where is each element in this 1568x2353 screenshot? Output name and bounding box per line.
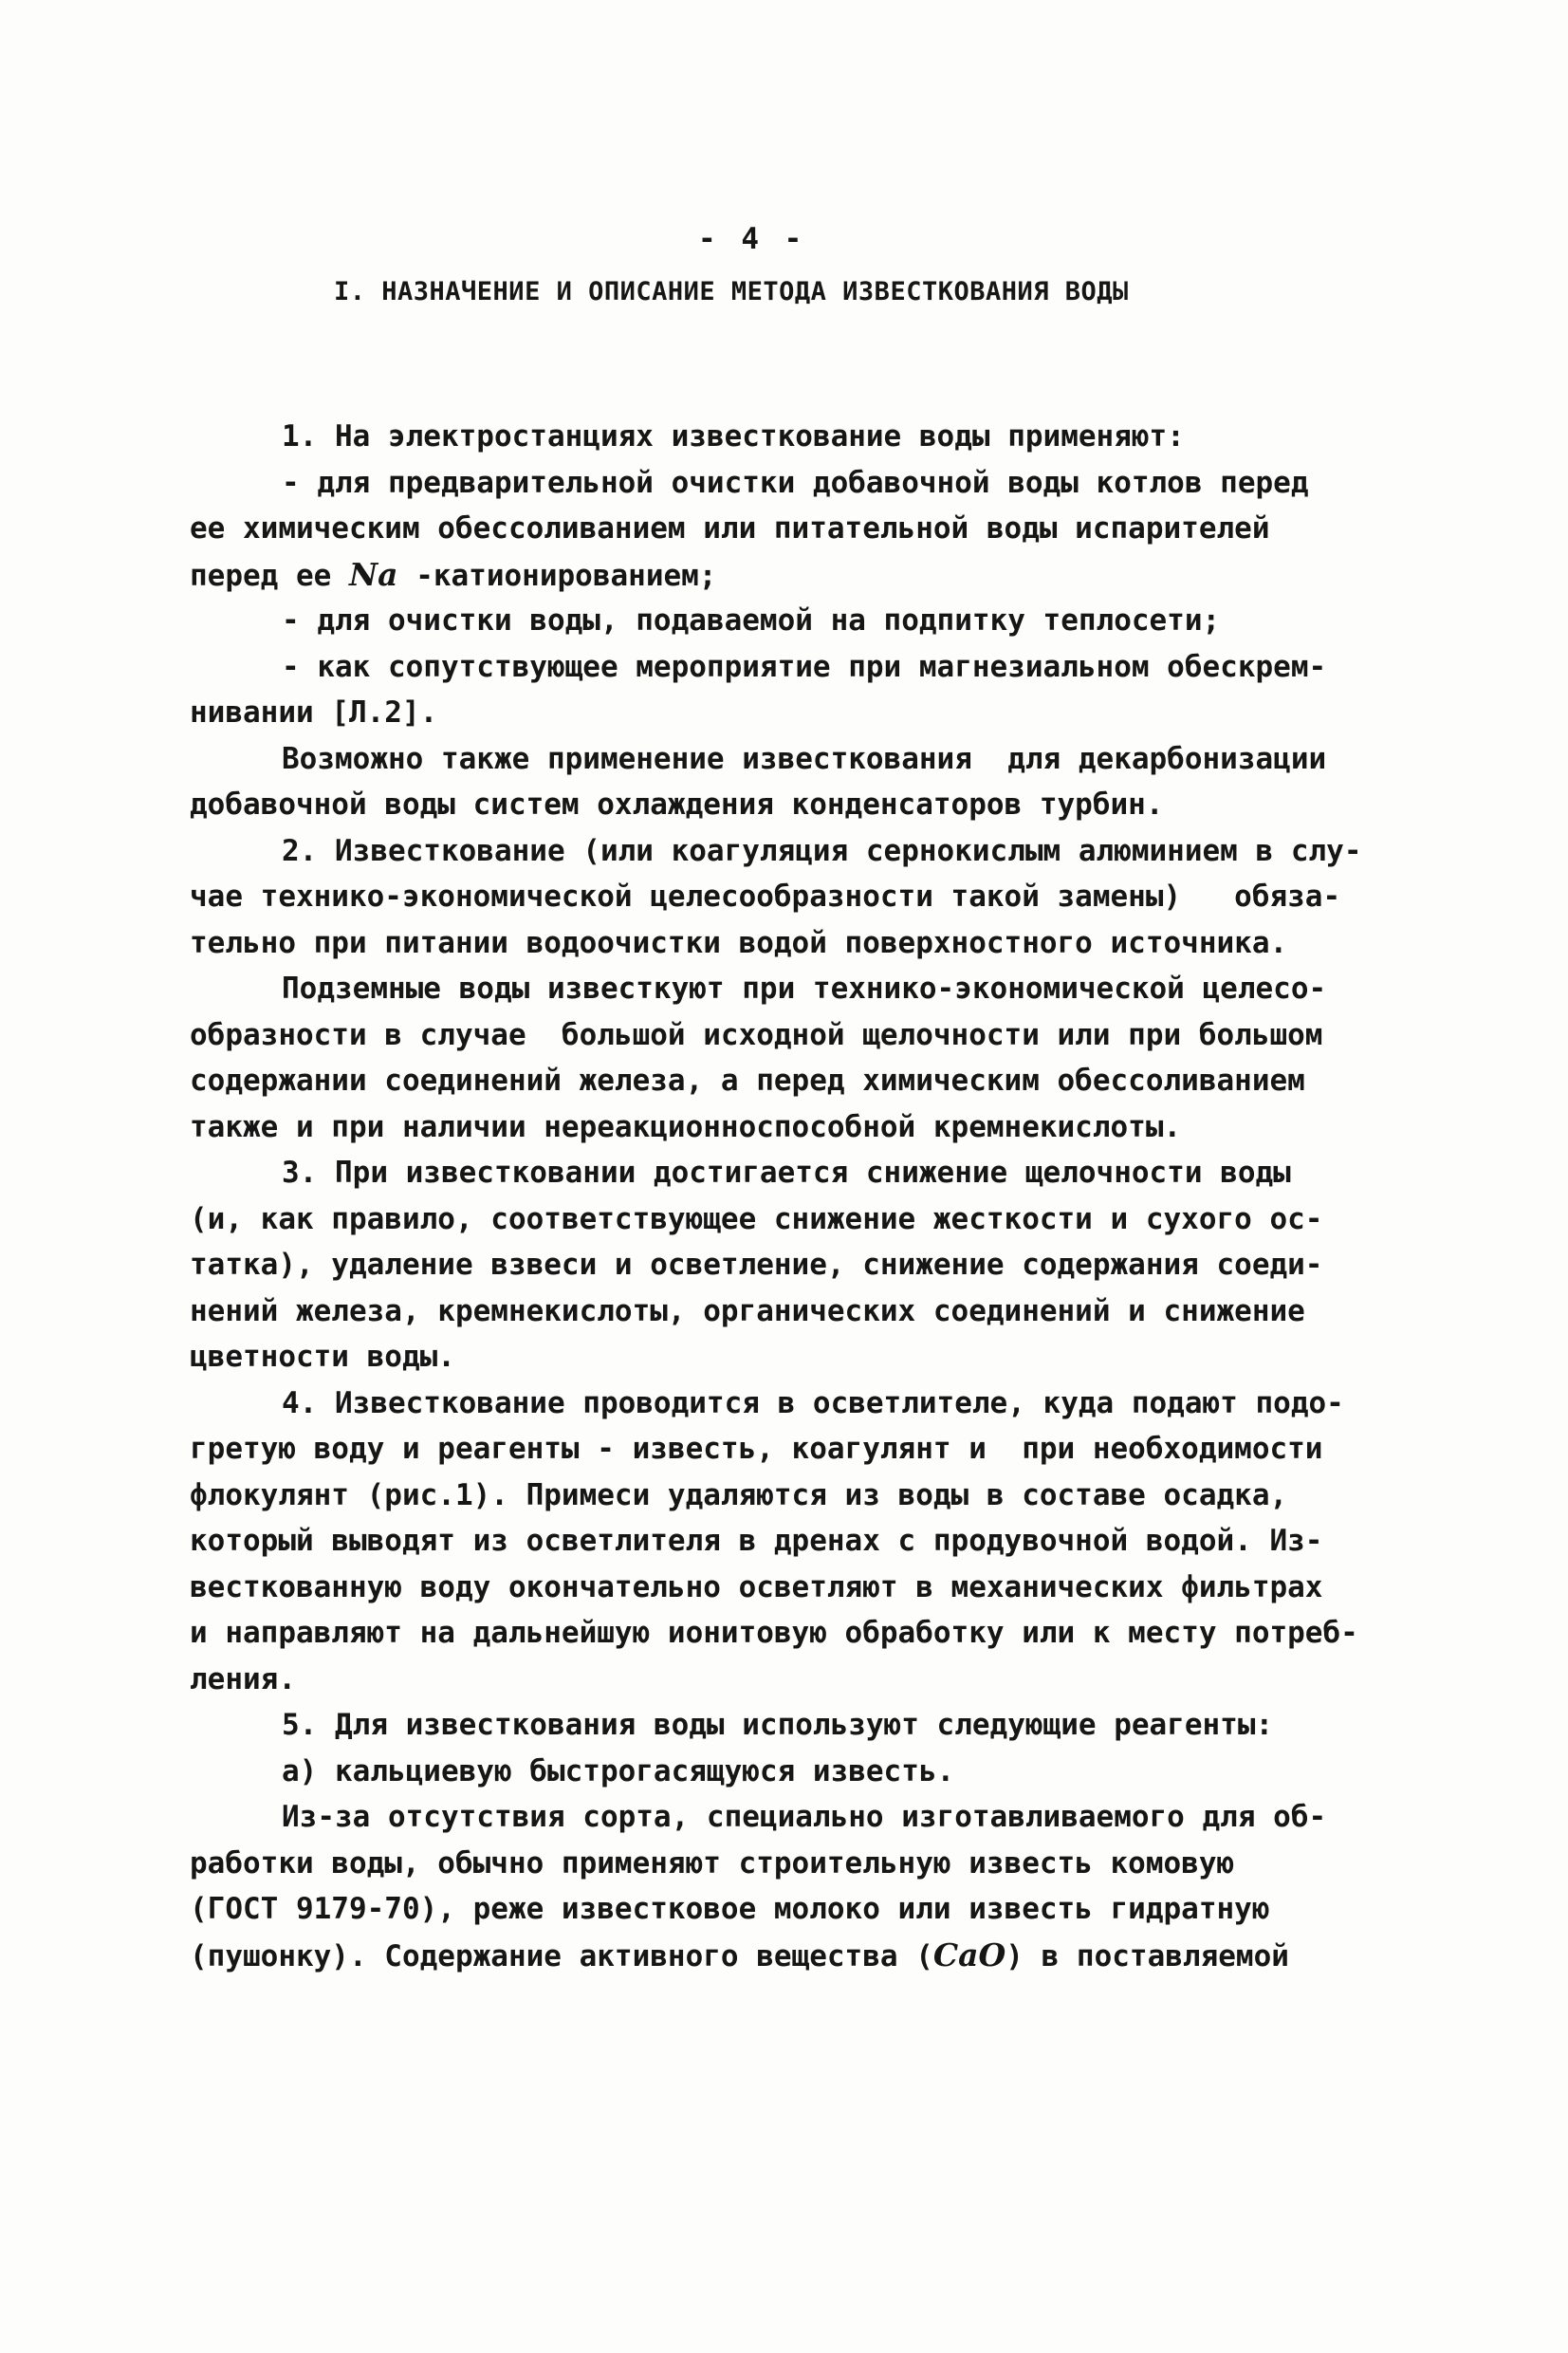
text-line: образности в случае большой исходной щел…	[190, 1012, 1423, 1059]
text-line: тельно при питании водоочистки водой пов…	[190, 920, 1423, 967]
text-line: 1. На электростанциях известкование воды…	[190, 414, 1423, 460]
document-body: 1. На электростанциях известкование воды…	[190, 414, 1423, 1978]
text-line: содержании соединений железа, а перед хи…	[190, 1058, 1423, 1104]
text-line: ления.	[190, 1657, 1423, 1703]
text-line: (пушонку). Содержание активного вещества…	[190, 1933, 1423, 1979]
text-line: работки воды, обычно применяют строитель…	[190, 1841, 1423, 1887]
text-line: чае технико-экономической целесообразнос…	[190, 874, 1423, 920]
text-line: Подземные воды известкуют при технико-эк…	[190, 966, 1423, 1012]
text-line: весткованную воду окончательно осветляют…	[190, 1565, 1423, 1611]
text-line: а) кальциевую быстрогасящуюся известь.	[190, 1749, 1423, 1795]
text-line: 5. Для известкования воды используют сле…	[190, 1702, 1423, 1749]
text-line: ее химическим обессоливанием или питател…	[190, 506, 1423, 552]
scanned-document-page: - 4 - I. НАЗНАЧЕНИЕ И ОПИСАНИЕ МЕТОДА ИЗ…	[0, 0, 1568, 2353]
text-line: (и, как правило, соответствующее снижени…	[190, 1196, 1423, 1243]
text-line: и направляют на дальнейшую ионитовую обр…	[190, 1610, 1423, 1657]
text-line: перед ее Na -катионированием;	[190, 552, 1423, 599]
text-line: нений железа, кремнекислоты, органически…	[190, 1288, 1423, 1335]
latin-italic-term: Na	[349, 556, 398, 593]
text-line: - как сопутствующее мероприятие при магн…	[190, 644, 1423, 691]
text-line: нивании [Л.2].	[190, 690, 1423, 736]
text-line: флокулянт (рис.1). Примеси удаляются из …	[190, 1473, 1423, 1519]
text-line: добавочной воды систем охлаждения конден…	[190, 782, 1423, 828]
page-number: - 4 -	[698, 222, 805, 256]
text-line: который выводят из осветлителя в дренах …	[190, 1518, 1423, 1565]
text-line: Возможно также применение известкования …	[190, 736, 1423, 783]
text-line: 2. Известкование (или коагуляция серноки…	[190, 828, 1423, 875]
text-line: - для предварительной очистки добавочной…	[190, 460, 1423, 507]
text-line: гретую воду и реагенты - известь, коагул…	[190, 1426, 1423, 1473]
text-line: - для очистки воды, подаваемой на подпит…	[190, 598, 1423, 644]
latin-italic-term: CaO	[933, 1936, 1005, 1973]
text-line: татка), удаление взвеси и осветление, сн…	[190, 1242, 1423, 1288]
text-line: Из-за отсутствия сорта, специально изгот…	[190, 1794, 1423, 1841]
text-line: также и при наличии нереакционноспособно…	[190, 1104, 1423, 1151]
text-line: цветности воды.	[190, 1334, 1423, 1380]
text-line: 3. При известковании достигается снижени…	[190, 1150, 1423, 1196]
section-title: I. НАЗНАЧЕНИЕ И ОПИСАНИЕ МЕТОДА ИЗВЕСТКО…	[334, 277, 1129, 306]
text-line: 4. Известкование проводится в осветлител…	[190, 1380, 1423, 1427]
text-line: (ГОСТ 9179-70), реже известковое молоко …	[190, 1886, 1423, 1933]
